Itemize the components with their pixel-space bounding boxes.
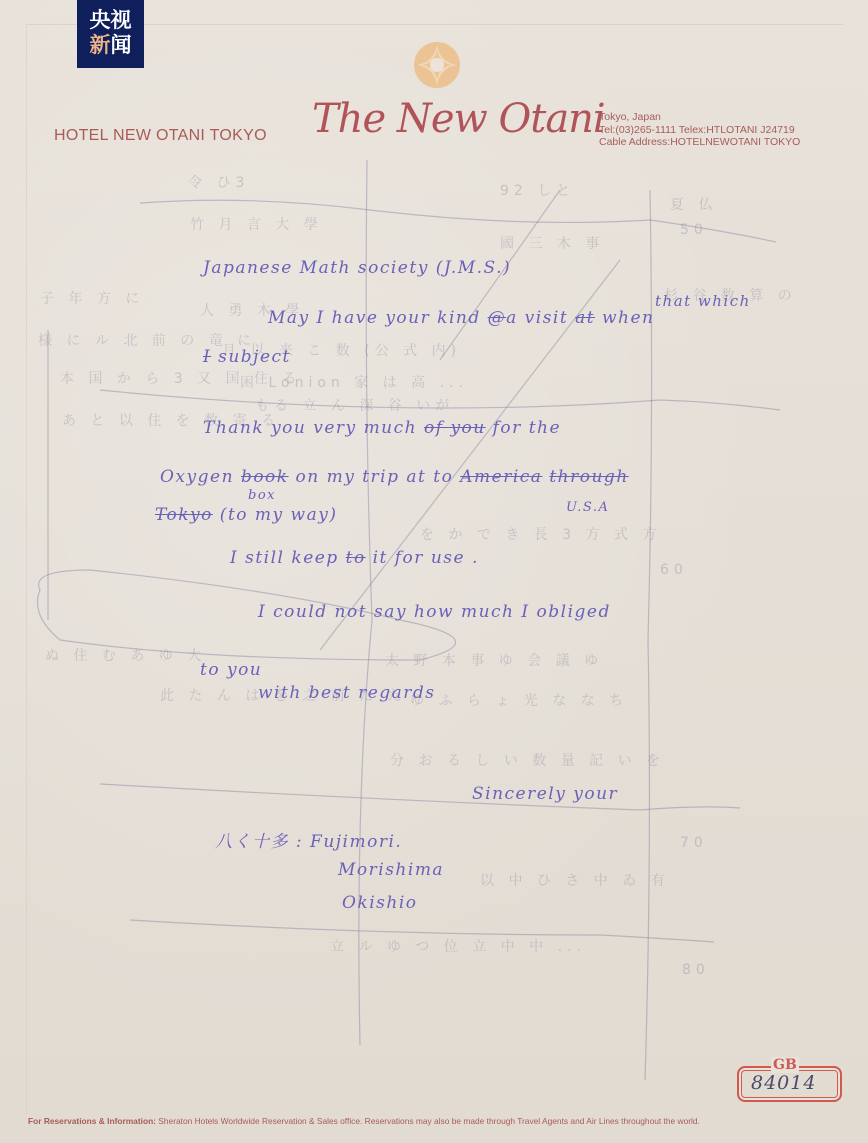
stamp-number: 84014 [751, 1072, 816, 1094]
pencil-note: 夏 仏 [670, 194, 717, 214]
pencil-note: 70 [680, 835, 708, 851]
pencil-note: 竹 月 言 大 學 [190, 214, 323, 234]
letter-signature-morishima: Morishima [338, 860, 444, 880]
letter-line-subject: I subject [203, 347, 291, 367]
letter-signature-label: 八く十多 : Fujimori. [215, 827, 402, 852]
pencil-note: 國 三 木 事 [500, 233, 604, 253]
footer-text: Sheraton Hotels Worldwide Reservation & … [156, 1116, 700, 1126]
letter-signature-okishio: Okishio [342, 893, 418, 913]
archive-stamp: GB 84014 [735, 1057, 842, 1102]
letter-salutation: Japanese Math society (J.M.S.) [203, 258, 511, 278]
pencil-note: もる 立 ん 深 谷 いが [255, 395, 454, 415]
letter-insert-that-which: that which [655, 292, 751, 310]
pencil-note: 50 [680, 222, 708, 238]
letter-line-to-you: to you [200, 660, 262, 680]
pencil-note: 本 国 か ら 3 又 国 住 る [60, 368, 302, 388]
pencil-sketch-lines [0, 0, 868, 1143]
letter-line-request: May I have your kind @a visit at when [268, 308, 655, 328]
letter-line-keep: I still keep to it for use . [230, 548, 479, 568]
letter-line-tokyo: Tokyo (to my way) [155, 505, 337, 525]
pencil-note: 子 年 方 に [40, 288, 144, 308]
pencil-note: 92 しと [500, 180, 575, 200]
letter-insert-box: box [248, 488, 276, 503]
pencil-note: 令 ひ3 [188, 172, 249, 192]
pencil-note: 60 [660, 562, 688, 578]
reservation-footer: For Reservations & Information: Sheraton… [28, 1116, 700, 1126]
pencil-note: 立 ル ゆ つ 位 立 中 中 ... [330, 936, 586, 956]
letter-line-regards: with best regards [258, 683, 436, 703]
letter-line-obliged: I could not say how much I obliged [258, 602, 611, 622]
pencil-note: 太 野 本 事 ゆ 会 議 ゆ [385, 650, 603, 670]
letter-insert-usa: U.S.A [566, 500, 609, 515]
footer-label: For Reservations & Information: [28, 1116, 156, 1126]
letter-line-oxygen: Oxygen book on my trip at to America thr… [160, 467, 629, 487]
letter-closing: Sincerely your [472, 784, 618, 804]
pencil-note: ゆ ふ ら ょ 光 な な ち [410, 690, 628, 710]
pencil-note: ぬ 住 む あ ゆ 大 [45, 645, 206, 665]
pencil-note: 以 中 ひ さ 中 ゐ 有 [480, 870, 670, 890]
letter-line-thanks: Thank you very much of you for the [203, 418, 561, 438]
pencil-note: を か で き 長 3 方 式 方 [420, 524, 662, 544]
stamp-prefix: GB [771, 1057, 799, 1073]
pencil-note: 80 [682, 962, 710, 978]
pencil-note: 分 お る し い 数 量 記 い を [390, 750, 665, 770]
